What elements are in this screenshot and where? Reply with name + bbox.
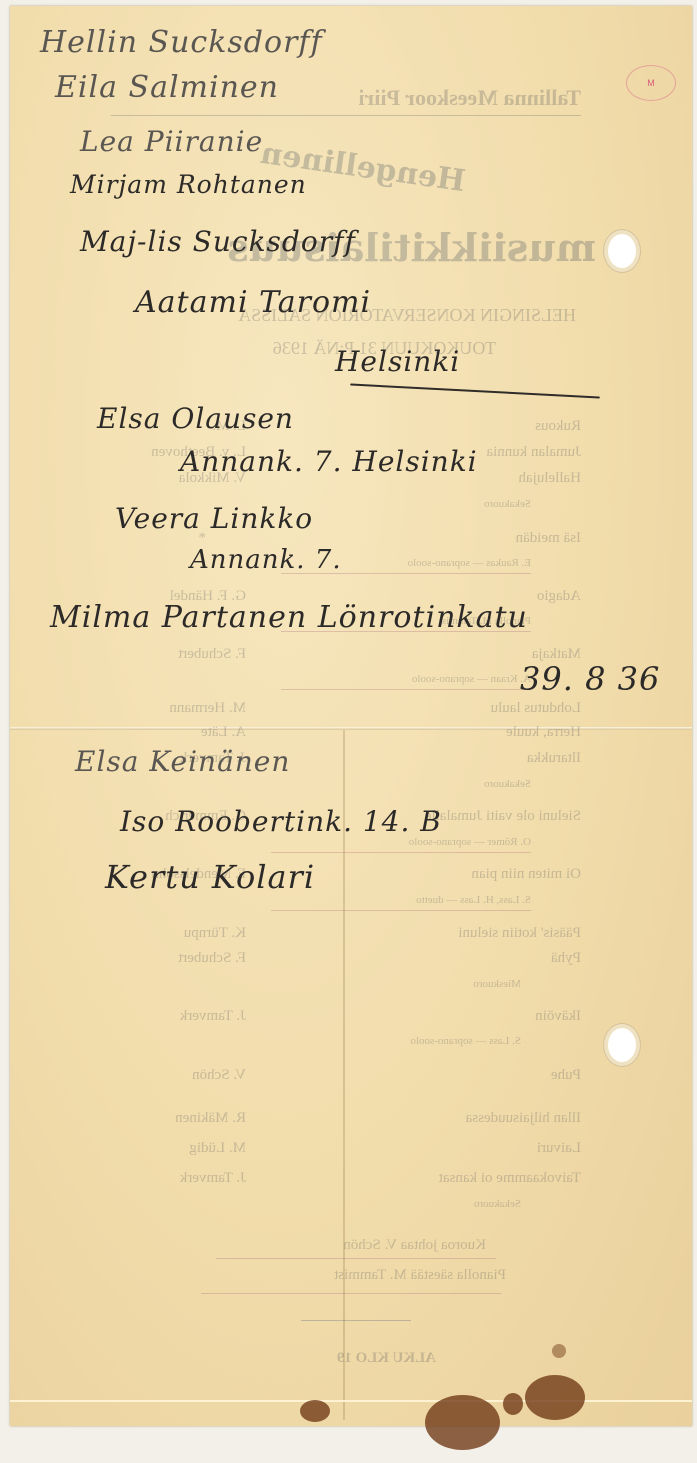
stain [525,1375,585,1420]
item-title: Puhe [551,1067,581,1084]
item-title: Illan hiljaisuudessa [466,1110,581,1127]
item-composer: A. Läte [201,724,246,741]
autograph-maj-lis-sucksdorff: Maj-lis Sucksdorff [80,225,356,258]
autograph-elsa-keinanen: Elsa Keinänen [75,745,290,778]
item-title: Taivokaamme oi kansat [439,1170,581,1187]
autograph-elsa-olausen: Elsa Olausen [97,402,294,435]
stain [503,1393,523,1415]
programme-conductor: Kuoroa johtaa V. Schön [343,1237,486,1254]
stain [425,1395,500,1450]
item-title: Sieluni ole vaiti Jumalalle [425,808,581,825]
item-note: E. Raukas — soprano-soolo [408,557,531,569]
item-title: Herra, kuule [506,724,581,741]
item-title: Isä meidän [516,530,581,547]
item-composer: J. Tamverk [180,1008,246,1025]
autograph-aatami-taromi: Aatami Taromi [135,285,371,320]
item-note: A. Kraan — soprano-soolo [412,673,531,685]
item-composer: F. Schubert [178,950,246,967]
item-title: Adagio [537,588,581,605]
note-rule [271,852,531,853]
item-composer: K. Türnpu [184,925,246,942]
stain [300,1400,330,1422]
item-note: Mieskuoro [473,978,521,990]
programme-footer: ALKU KLO 19 [337,1350,436,1367]
programme-header: Tallinna Meeskoor Piiri [359,85,581,111]
header-rule [111,115,581,116]
item-title: Rukous [535,418,581,435]
item-title: Laivuri [537,1140,581,1157]
note-rule [281,689,531,690]
pianist-rule [201,1293,501,1294]
item-title: Lohdutus laulu [491,700,581,717]
item-composer: V. Schön [192,1067,246,1084]
note-rule [271,910,531,911]
autograph-mirjam-rohtanen: Mirjam Rohtanen [70,170,307,199]
item-composer: R. Mäkinen [175,1110,246,1127]
stain [552,1344,566,1358]
item-note: Sekakuoro [474,1198,521,1210]
autograph-milma-partanen: Milma Partanen Lönrotinkatu [50,600,528,635]
punch-hole-top [608,234,636,268]
punch-hole-bottom [608,1028,636,1062]
item-composer: M. Hermann [169,700,246,717]
item-title: Oi miten niin pian [471,866,581,883]
item-title: Jumalan kunnia [486,444,581,461]
item-title: Pääsis' kotiin sieluni [458,925,581,942]
autograph-kertu-kolari: Kertu Kolari [105,858,315,896]
item-composer: F. Schubert [178,646,246,663]
item-note: S. Lass — soprano-soolo [410,1035,521,1047]
address-annank-7: Annank. 7. [190,545,342,575]
printed-programme-showthrough: Tallinna Meeskoor Piiri Hengellinen musi… [0,0,696,1463]
item-title: Iltarukka [527,750,581,767]
autograph-veera-linkko: Veera Linkko [115,502,313,535]
autograph-hellin-sucksdorff: Hellin Sucksdorff [40,25,323,60]
short-rule [301,1320,411,1321]
item-note: Sekakuoro [484,498,531,510]
item-composer: J. Tamverk [180,1170,246,1187]
autograph-place-helsinki: Helsinki [335,345,460,378]
autograph-eila-salminen: Eila Salminen [55,70,279,105]
item-title: Hallelujah [519,470,581,487]
item-title: Pyhä [551,950,581,967]
programme-pianist: Pianolla säestää M. Tammist [334,1267,506,1284]
item-note: S. Lass, H. Lass — duetto [416,894,531,906]
address-annank-7-helsinki: Annank. 7. Helsinki [180,445,478,478]
item-note: Sekakuoro [484,778,531,790]
address-iso-roobertink: Iso Roobertink. 14. B [120,805,442,838]
item-title: Ikävöin [535,1008,581,1025]
conductor-rule [216,1258,496,1259]
red-stamp: M [626,65,676,101]
autograph-lea-piiranie: Lea Piiranie [80,125,263,158]
item-composer: M. Lüdig [189,1140,246,1157]
handwritten-date: 39. 8 36 [520,660,660,698]
